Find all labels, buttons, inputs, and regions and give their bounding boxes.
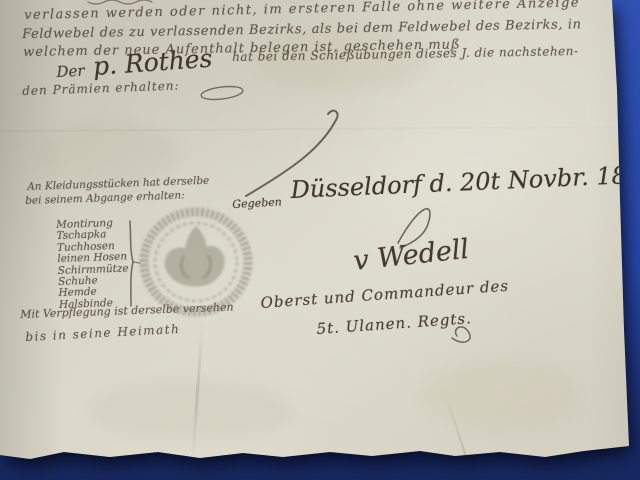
signature-title-2: 5t. Ulanen. Regts. <box>316 309 472 338</box>
premium-line: den Prämien erhalten: <box>22 79 180 98</box>
ink-stamp-prussian-eagle <box>139 206 253 318</box>
signature-end-swash <box>452 327 470 342</box>
name-line-prefix: Der <box>56 62 85 81</box>
paper-stain <box>90 380 290 440</box>
document-paper: verlassen werden oder nicht, im ersteren… <box>0 0 640 480</box>
empty-entry-flourish <box>200 84 243 101</box>
truncated-top-line-stroke <box>88 0 152 4</box>
signature-name: v Wedell <box>352 234 471 277</box>
paper-crease <box>191 322 204 462</box>
paper-shadow: verlassen werden oder nicht, im ersteren… <box>0 0 640 480</box>
paper-crease <box>0 126 620 132</box>
photo-background: verlassen werden oder nicht, im ersteren… <box>0 0 640 480</box>
paper-crease <box>445 396 466 456</box>
issue-place-date: Düsseldorf d. 20t Novbr. 1836. <box>290 160 640 204</box>
margin-footer-2: bis in seine Heimath <box>25 322 181 344</box>
paper-stain <box>420 360 580 430</box>
clothing-list-brace <box>130 221 133 306</box>
signature-title-1: Oberst und Commandeur des <box>260 277 510 312</box>
clothing-list: Montirung Tschapka Tuchhosen leinen Hose… <box>56 218 130 312</box>
